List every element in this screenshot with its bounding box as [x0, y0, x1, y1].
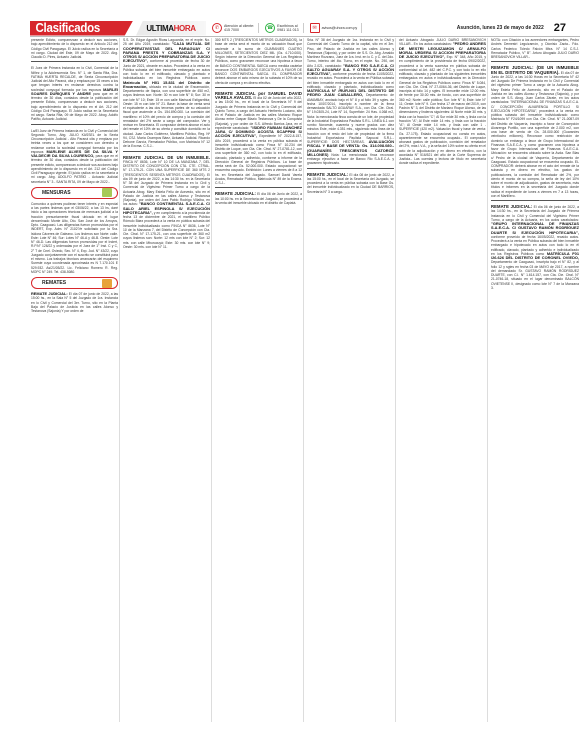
ad-remate: S.S. Dr. Edgar Agustín Rivas Laguardia, … [123, 38, 210, 149]
divider [123, 151, 210, 154]
whatsapp-icon: ☎ [265, 23, 275, 33]
ad-mensura: Comunico a quienes pudieran tener interé… [31, 202, 118, 274]
survey-icon [102, 188, 112, 197]
ad-remate: REMATE JUDICIAL por SAMUEL DAVID VARELA … [215, 92, 302, 186]
ad-edicto: El Juez de Primera Instancia en lo Civil… [31, 66, 118, 121]
newspaper-page: Clasificados ULTIMAHORA ✆ Atención al cl… [30, 20, 580, 722]
logo-part-1: ULTIMA [146, 24, 173, 33]
ad-edicto: La/El Juez de Primera Instancia en lo Ci… [31, 129, 118, 184]
gavel-icon [102, 279, 112, 288]
contact-whatsapp-value: 0981 111 013 [277, 28, 298, 32]
contact-email: ✉ avisos@uhora.com.py [310, 23, 363, 33]
dateline: Asunción, lunes 23 de mayo de 2022 [457, 25, 544, 31]
ad-remate: REMATE JUDICIAL: El día 07 de junio de 2… [31, 292, 118, 313]
logo-part-2: HORA [174, 24, 196, 33]
section-label: REMATES [42, 281, 66, 285]
ad-text: NOTA: con Citación a los acreedores emba… [491, 38, 579, 59]
column-1: presente Edicto, comparezcan a deducir s… [30, 38, 120, 722]
ad-remate: Sria. N° 38 del Juzgado de 1ra. Instanci… [307, 38, 394, 166]
divider [31, 124, 118, 127]
divider [491, 61, 579, 64]
section-header-mensuras: MENSURAS [31, 187, 118, 199]
column-6: NOTA: con Citación a los acreedores emba… [490, 38, 580, 722]
section-header-remates: REMATES [31, 277, 118, 289]
divider [31, 61, 118, 64]
column-3: 300 MTS 2 (TRESCIENTOS METROS CUADRADOS)… [214, 38, 304, 722]
divider [491, 200, 579, 203]
page-header: Clasificados ULTIMAHORA ✆ Atención al cl… [30, 20, 580, 37]
ad-remate: del Actuario Abogado JULIO DARIO BRESANO… [399, 38, 486, 166]
ad-text: presente Edicto, comparezcan a deducir s… [31, 38, 118, 59]
divider [307, 168, 394, 171]
column-2: S.S. Dr. Edgar Agustín Rivas Laguardia, … [122, 38, 212, 722]
column-5: del Actuario Abogado JULIO DARIO BRESANO… [398, 38, 488, 722]
ad-remate: REMATE JUDICIAL DE UN INMUEBLE. FINCA N°… [123, 156, 210, 250]
column-4: Sria. N° 38 del Juzgado de 1ra. Instanci… [306, 38, 396, 722]
classifieds-columns: presente Edicto, comparezcan a deducir s… [30, 38, 580, 722]
ad-remate: REMATE JUDICIAL: El día 06 de junio de 2… [491, 205, 579, 290]
ultimahora-logo: ULTIMAHORA [136, 21, 206, 36]
contact-phone-value: 415 7000 [224, 28, 239, 32]
section-label: MENSURAS [42, 191, 71, 195]
contact-whatsapp: ☎ Escribinos al0981 111 013 [265, 23, 303, 33]
mail-icon: ✉ [310, 23, 320, 33]
ad-text: 300 MTS 2 (TRESCIENTOS METROS CUADRADOS)… [215, 38, 302, 85]
contact-email-value: avisos@uhora.com.py [322, 26, 358, 30]
divider [215, 87, 302, 90]
page-number: 27 [554, 22, 566, 34]
ad-remate: REMATE JUDICIAL: El día 06 de Junio de 2… [215, 192, 302, 205]
ad-remate: REMATE JUDICIAL: El día 08 de junio de 2… [307, 173, 394, 194]
section-title: Clasificados [30, 21, 133, 36]
phone-icon: ✆ [212, 23, 222, 33]
divider [215, 187, 302, 190]
ad-remate: REMATE JUDICIAL: (DE UN INMUEBLE EN EL D… [491, 66, 579, 198]
contact-phone: ✆ Atención al cliente:415 7000 [212, 23, 259, 33]
